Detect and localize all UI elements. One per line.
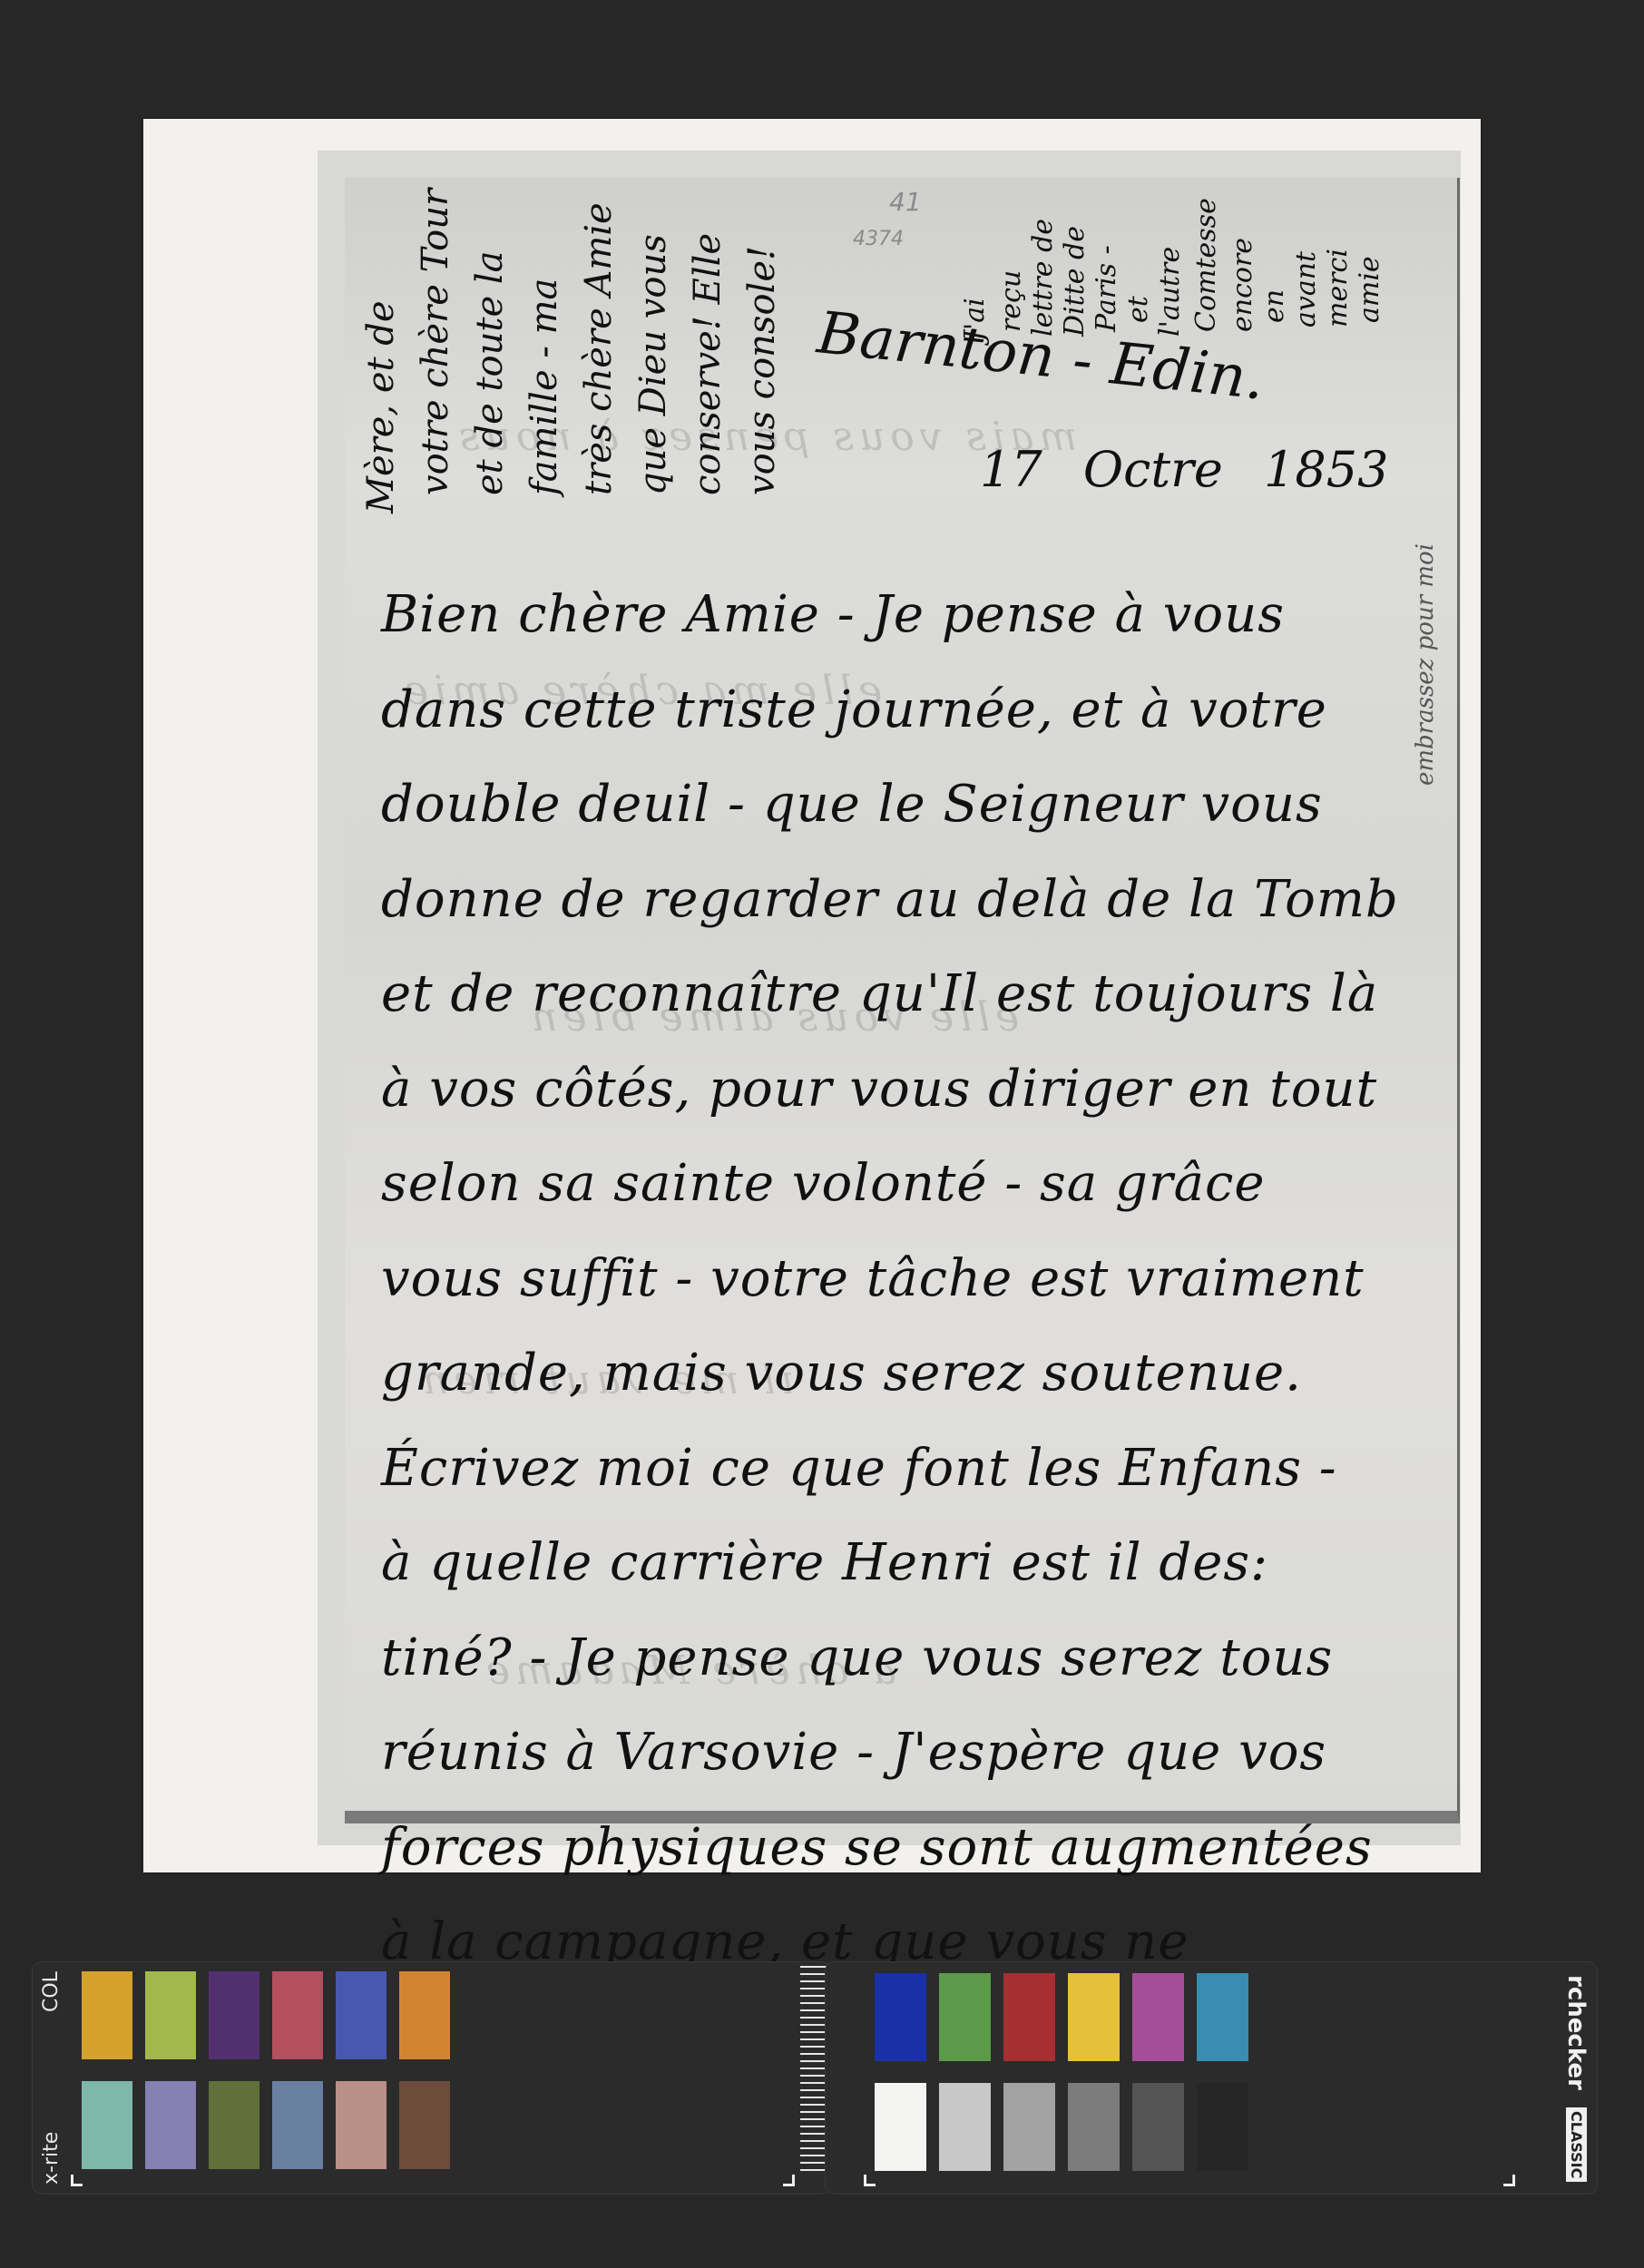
color-patch	[336, 2081, 387, 2169]
color-patches	[875, 1973, 1248, 2171]
letter-line: vous suffit - votre tâche est vraiment	[381, 1232, 1434, 1327]
color-patch	[1003, 1973, 1055, 2061]
color-patch	[1197, 2083, 1248, 2171]
margin-line: l'autre	[1157, 191, 1184, 337]
colorchecker-text: rchecker	[1562, 1975, 1590, 2090]
margin-line: conserve! Elle	[690, 196, 726, 495]
colorchecker-label-fragment: COL	[40, 1971, 63, 2012]
letter-line: double deuil - que le Seigneur vous	[381, 758, 1434, 853]
color-checker-right: rchecker CLASSIC	[826, 1962, 1597, 2194]
letter-line: grande, mais vous serez soutenue.	[381, 1326, 1434, 1422]
margin-line: Ditte de	[1062, 191, 1089, 337]
color-patch	[399, 2081, 450, 2169]
pencil-mark: 4374	[853, 228, 904, 250]
margin-line: votre chère Tour	[417, 196, 454, 495]
color-patch	[399, 1971, 450, 2059]
color-patch	[1068, 1973, 1120, 2061]
color-patch	[1003, 2083, 1055, 2171]
letter-line: selon sa sainte volonté - sa grâce	[381, 1137, 1434, 1232]
corner-mark	[71, 2175, 83, 2186]
color-patch	[1068, 2083, 1120, 2171]
corner-mark	[783, 2175, 795, 2186]
color-patch	[145, 2081, 196, 2169]
margin-line: famille - ma	[526, 196, 563, 495]
corner-mark	[864, 2175, 876, 2186]
margin-line: et de toute la	[472, 196, 508, 495]
margin-line: Comtesse	[1193, 187, 1220, 332]
color-patch	[1132, 2083, 1184, 2171]
margin-line: amie	[1356, 187, 1384, 323]
letter-photograph: mais vous pensez à nous elle ma chère am…	[318, 151, 1461, 1845]
color-patch	[272, 2081, 323, 2169]
pencil-mark: 41	[889, 187, 922, 217]
color-patch	[1132, 1973, 1184, 2061]
margin-line: en	[1261, 214, 1288, 323]
color-patch	[1197, 1973, 1248, 2061]
margin-line: Mère, et de	[363, 214, 399, 513]
margin-line: avant	[1293, 191, 1320, 327]
letter-line: forces physiques se sont augmentées	[381, 1801, 1434, 1896]
color-checker-left: x-rite COL	[33, 1962, 831, 2194]
letter-line: à quelle carrière Henri est il des:	[381, 1516, 1434, 1611]
margin-line: reçu	[998, 196, 1025, 332]
color-patch	[82, 2081, 132, 2169]
color-patch	[939, 1973, 991, 2061]
color-patch	[209, 2081, 259, 2169]
color-patch	[145, 1971, 196, 2059]
letter-line: et de reconnaître qu'Il est toujours là	[381, 947, 1434, 1042]
color-patch	[875, 2083, 926, 2171]
classic-badge: CLASSIC	[1566, 2107, 1587, 2182]
color-patch	[209, 1971, 259, 2059]
photo-print: mais vous pensez à nous elle ma chère am…	[143, 119, 1481, 1872]
letter-body: Bien chère Amie - Je pense à vous dans c…	[381, 568, 1434, 2180]
letter-line: à vos côtés, pour vous diriger en tout	[381, 1042, 1434, 1138]
letter-line: Bien chère Amie - Je pense à vous	[381, 568, 1434, 663]
color-patch	[939, 2083, 991, 2171]
letter-line: dans cette triste journée, et à votre	[381, 663, 1434, 758]
margin-line: lettre de	[1030, 191, 1057, 337]
letter-date: 17 Octre 1853	[980, 441, 1388, 498]
color-patch	[82, 1971, 132, 2059]
letter-line: donne de regarder au delà de la Tomb	[381, 853, 1434, 948]
margin-line: et	[1125, 232, 1152, 323]
margin-line: très chère Amie	[581, 196, 617, 495]
color-patch	[272, 1971, 323, 2059]
margin-line: vous console!	[744, 196, 780, 495]
margin-line: encore	[1229, 187, 1257, 332]
margin-line: Paris -	[1093, 196, 1120, 332]
corner-mark	[1503, 2175, 1515, 2186]
letter-line: réunis à Varsovie - J'espère que vos	[381, 1706, 1434, 1801]
color-patch	[875, 1973, 926, 2061]
colorchecker-label: rchecker CLASSIC	[1562, 1975, 1590, 2182]
xrite-label: x-rite COL	[40, 1971, 63, 2185]
letter-line: tiné? - Je pense que vous serez tous	[381, 1611, 1434, 1706]
letter-line: Écrivez moi ce que font les Enfans -	[381, 1422, 1434, 1517]
color-patches	[82, 1971, 450, 2169]
xrite-logo-text: x-rite	[40, 2132, 63, 2185]
margin-line: que Dieu vous	[635, 196, 671, 495]
margin-line: merci	[1325, 191, 1352, 327]
color-patch	[336, 1971, 387, 2059]
letter-sheet: mais vous pensez à nous elle ma chère am…	[345, 178, 1460, 1823]
